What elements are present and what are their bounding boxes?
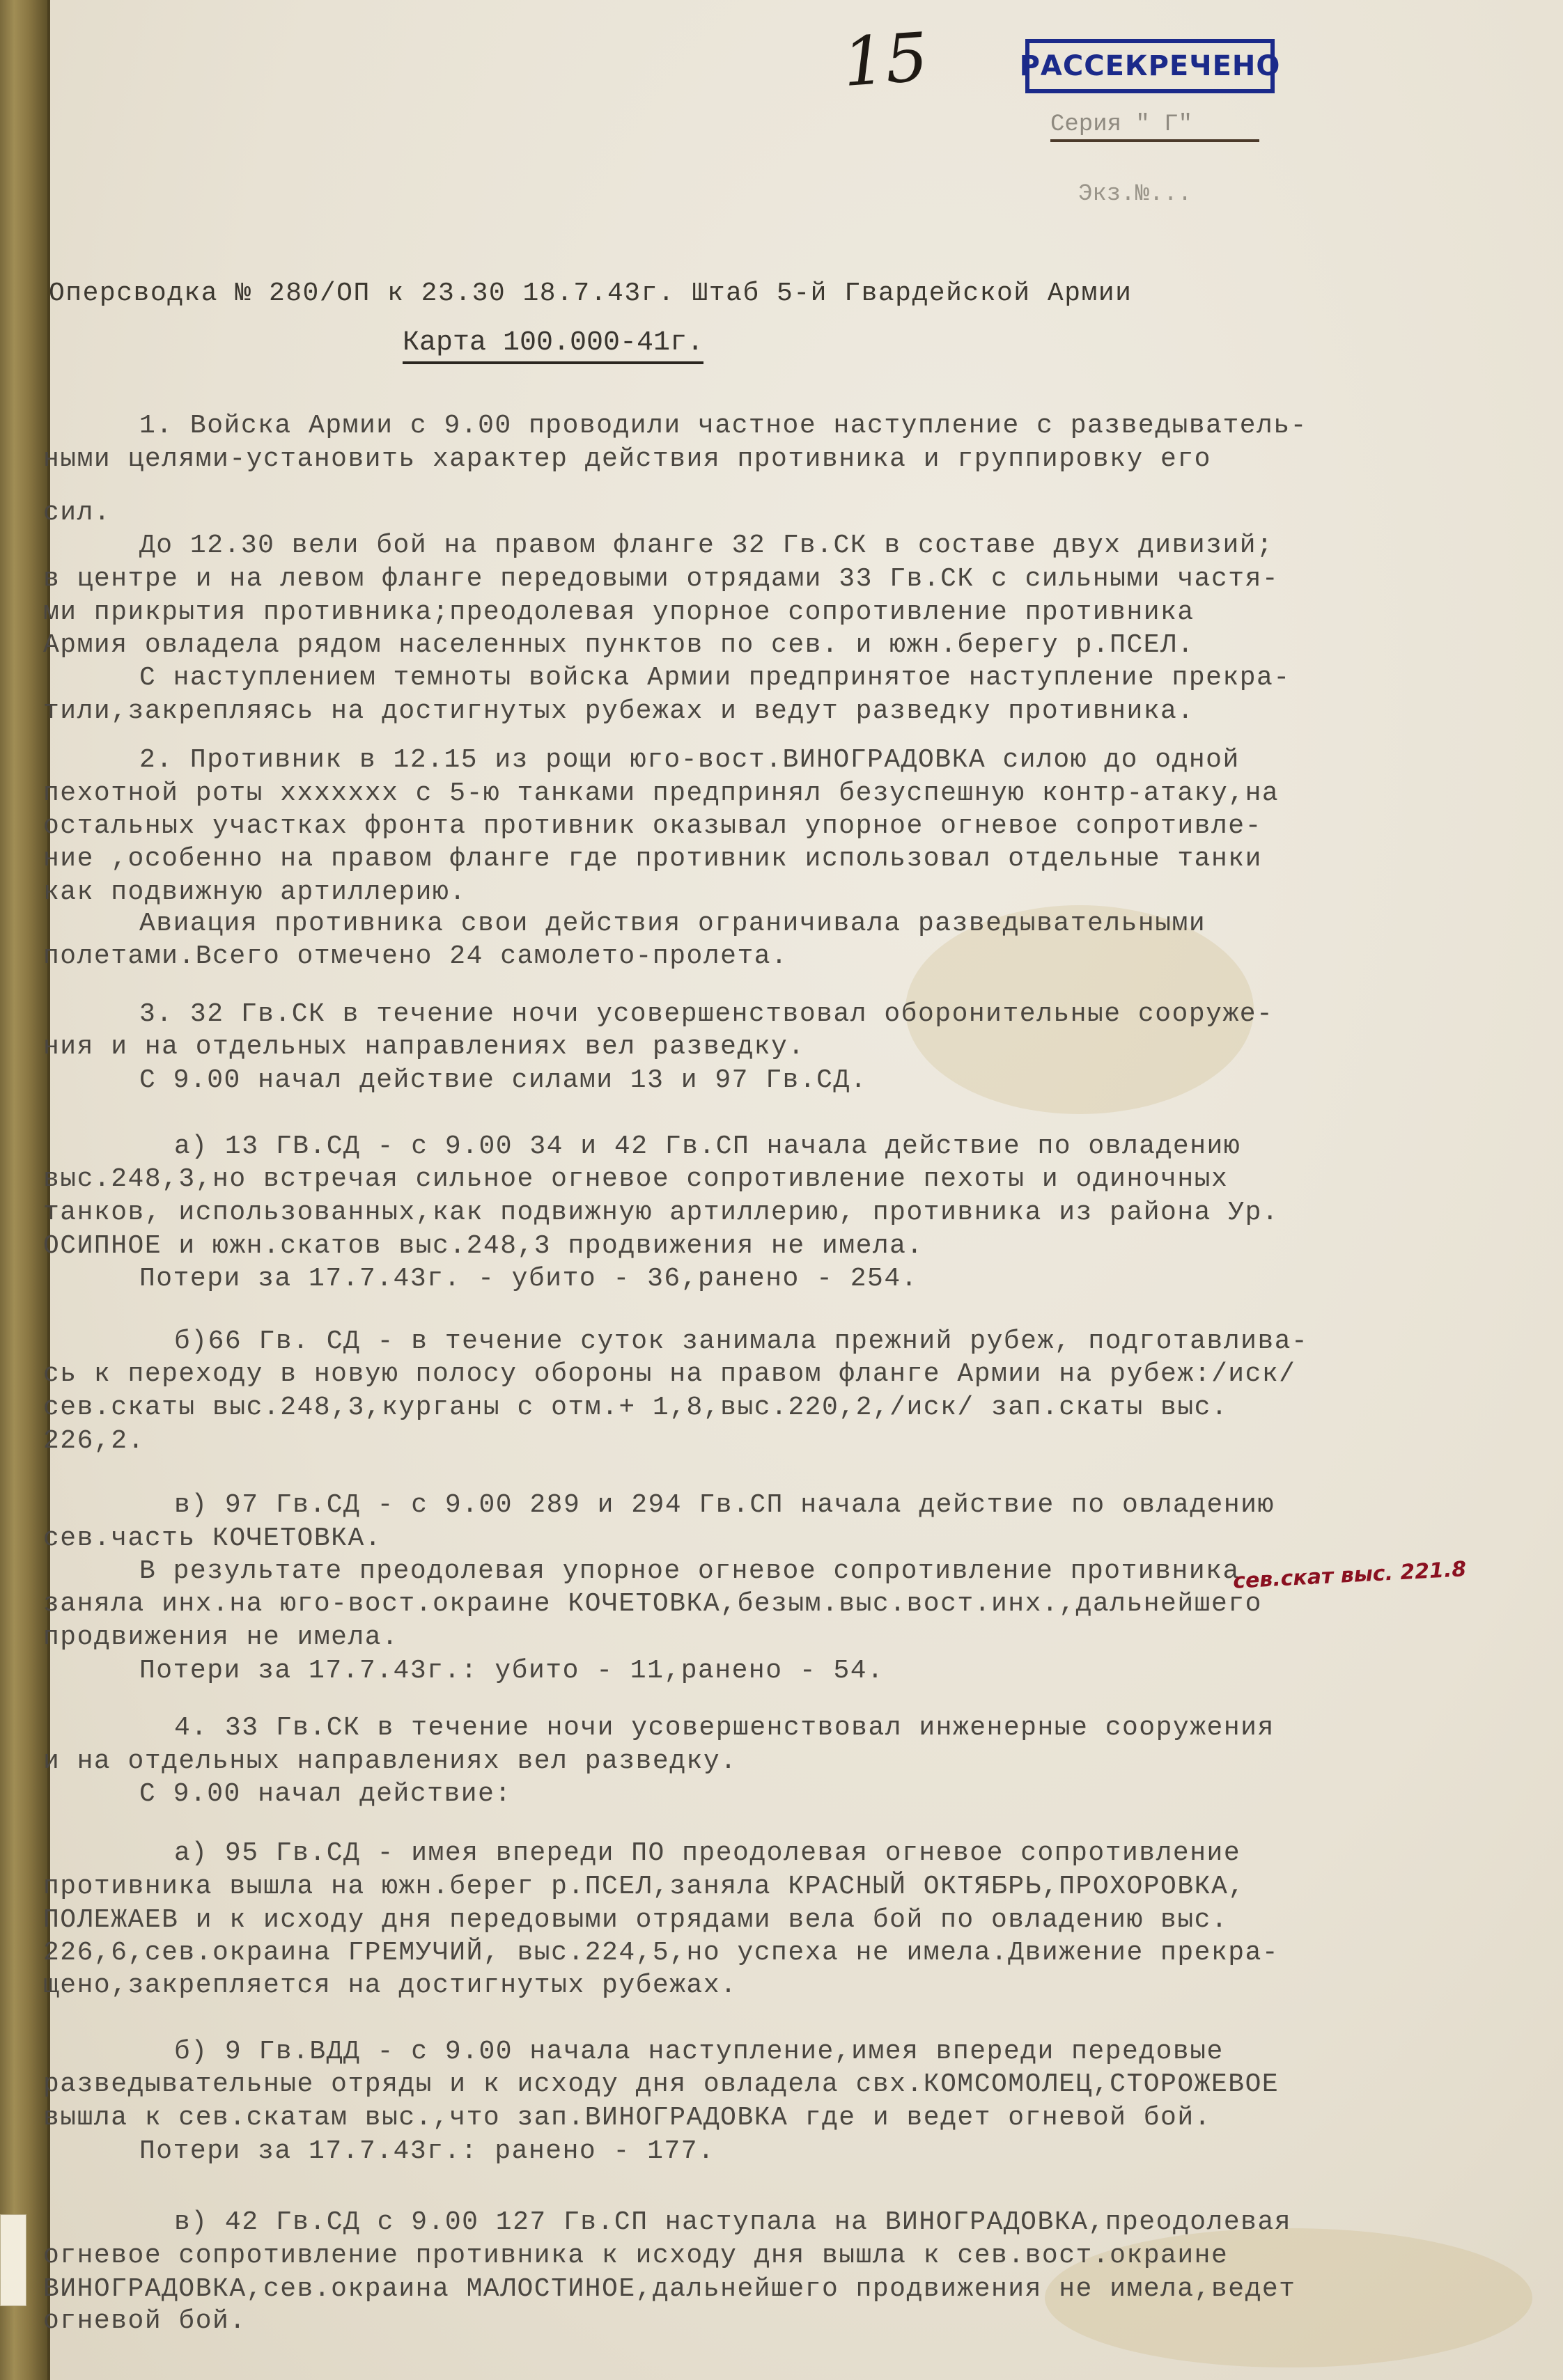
text-line: в центре и на левом фланге передовыми от…: [43, 564, 1279, 594]
text-line: в) 97 Гв.СД - с 9.00 289 и 294 Гв.СП нач…: [174, 1490, 1275, 1520]
text-line: танков, использованных,как подвижную арт…: [43, 1198, 1279, 1228]
text-line: полетами.Всего отмечено 24 самолето-прол…: [43, 941, 788, 971]
text-line: Потери за 17.7.43г.: убито - 11,ранено -…: [139, 1656, 884, 1686]
text-line: а) 13 ГВ.СД - с 9.00 34 и 42 Гв.СП начал…: [174, 1132, 1241, 1161]
text-line: ми прикрытия противника;преодолевая упор…: [43, 597, 1195, 627]
document-title: Оперсводка № 280/ОП к 23.30 18.7.43г. Шт…: [49, 279, 1132, 308]
map-reference: Карта 100.000-41г.: [403, 327, 703, 364]
text-line: 4. 33 Гв.СК в течение ночи усовершенство…: [174, 1713, 1275, 1743]
text-line: ными целями-установить характер действия…: [43, 444, 1211, 474]
text-line: Армия овладела рядом населенных пунктов …: [43, 630, 1195, 660]
text-line: ОСИПНОЕ и южн.скатов выс.248,3 продвижен…: [43, 1231, 924, 1261]
text-line: Потери за 17.7.43г.: ранено - 177.: [139, 2136, 715, 2166]
text-line: сев.часть КОЧЕТОВКА.: [43, 1524, 382, 1553]
text-line: 1. Войска Армии с 9.00 проводили частное…: [139, 411, 1307, 441]
text-line: сев.скаты выс.248,3,курганы с отм.+ 1,8,…: [43, 1393, 1228, 1423]
text-line: С 9.00 начал действие силами 13 и 97 Гв.…: [139, 1065, 867, 1095]
text-line: Авиация противника свои действия огранич…: [139, 909, 1206, 939]
text-line: ния и на отдельных направлениях вел разв…: [43, 1032, 805, 1062]
text-line: щено,закрепляется на достигнутых рубежах…: [43, 1971, 737, 2001]
text-line: ВИНОГРАДОВКА,сев.окраина МАЛОСТИНОЕ,даль…: [43, 2274, 1296, 2304]
text-line: огневой бой.: [43, 2306, 247, 2336]
text-line: ние ,особенно на правом фланге где проти…: [43, 844, 1262, 874]
text-line: В результате преодолевая упорное огневое…: [139, 1556, 1240, 1586]
text-line: пехотной роты xxxxxxx с 5-ю танками пред…: [43, 778, 1279, 808]
series-label: Серия " Г": [1050, 111, 1259, 142]
text-line: заняла инх.на юго-вост.окраине КОЧЕТОВКА…: [43, 1589, 1262, 1619]
text-line: 3. 32 Гв.СК в течение ночи усовершенство…: [139, 999, 1273, 1029]
text-line: 2. Противник в 12.15 из рощи юго-вост.ВИ…: [139, 745, 1240, 775]
document-page: 15 РАССЕКРЕЧЕНО Серия " Г" Экз.№... Опер…: [0, 0, 1563, 2380]
text-line: До 12.30 вели бой на правом фланге 32 Гв…: [139, 531, 1273, 561]
text-line: противника вышла на южн.берег р.ПСЕЛ,зан…: [43, 1872, 1245, 1902]
text-line: разведывательные отряды и к исходу дня о…: [43, 2069, 1279, 2099]
text-line: сь к переходу в новую полосу обороны на …: [43, 1359, 1296, 1389]
text-line: С 9.00 начал действие:: [139, 1779, 512, 1809]
margin-tab: [0, 2214, 26, 2306]
text-line: б) 9 Гв.ВДД - с 9.00 начала наступление,…: [174, 2037, 1224, 2067]
text-line: С наступлением темноты войска Армии пред…: [139, 663, 1291, 693]
handwritten-annotation: сев.скат выс. 221.8: [1232, 1557, 1467, 1594]
text-line: сил.: [43, 498, 111, 528]
text-line: 226,2.: [43, 1426, 145, 1456]
text-line: огневое сопротивление противника к исход…: [43, 2241, 1228, 2271]
declassified-stamp: РАССЕКРЕЧЕНО: [1025, 39, 1275, 93]
text-line: вышла к сев.скатам выс.,что зап.ВИНОГРАД…: [43, 2103, 1211, 2133]
text-line: остальных участках фронта противник оказ…: [43, 811, 1262, 841]
text-line: и на отдельных направлениях вел разведку…: [43, 1746, 737, 1776]
text-line: а) 95 Гв.СД - имея впереди ПО преодолева…: [174, 1838, 1241, 1868]
copy-number: Экз.№...: [1078, 181, 1192, 208]
text-line: в) 42 Гв.СД с 9.00 127 Гв.СП наступала н…: [174, 2207, 1291, 2237]
text-line: как подвижную артиллерию.: [43, 877, 467, 907]
text-line: продвижения не имела.: [43, 1622, 398, 1652]
text-line: тили,закрепляясь на достигнутых рубежах …: [43, 696, 1195, 726]
text-line: Потери за 17.7.43г. - убито - 36,ранено …: [139, 1264, 918, 1294]
text-line: выс.248,3,но встречая сильное огневое со…: [43, 1164, 1228, 1194]
text-line: б)66 Гв. СД - в течение суток занимала п…: [174, 1326, 1308, 1356]
text-line: ПОЛЕЖАЕВ и к исходу дня передовыми отряд…: [43, 1905, 1228, 1935]
folio-number: 15: [840, 18, 931, 102]
text-line: 226,6,сев.окраина ГРЕМУЧИЙ, выс.224,5,но…: [43, 1938, 1279, 1968]
